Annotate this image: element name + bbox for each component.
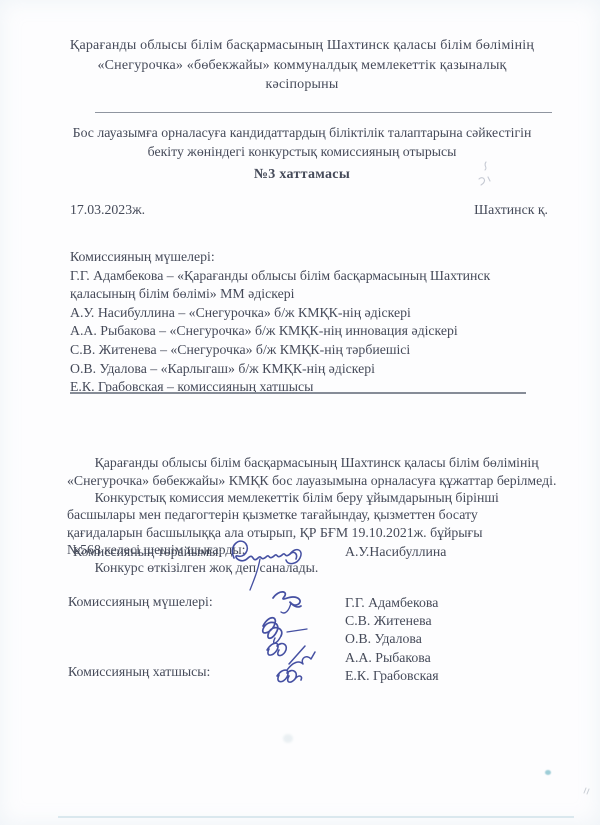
chair-name: А.У.Насибуллина (345, 544, 446, 560)
member-line: С.В. Житенева – «Снегурочка» б/ж КМҚК-ні… (70, 341, 556, 360)
resolution-line: «Снегурочка» бөбекжайы» КМҚК бос лауазым… (67, 472, 563, 489)
signature-name: А.А. Рыбакова (345, 649, 439, 667)
divider-line-top (95, 112, 552, 113)
secretary-signature-label: Комиссияның хатшысы: (68, 664, 210, 680)
ink-speck (545, 770, 551, 775)
members-signatures-ink-icon (243, 584, 348, 689)
signature-name: Е.К. Грабовская (345, 667, 439, 685)
document-date: 17.03.2023ж. (70, 202, 145, 218)
member-line: А.А. Рыбакова – «Снегурочка» б/ж КМҚК-ні… (70, 322, 556, 341)
organization-header-line: Қарағанды облысы білім басқармасының Шах… (66, 36, 538, 56)
scan-edge-line (58, 816, 574, 818)
protocol-title: №3 хаттамасы (66, 167, 538, 183)
document-city: Шахтинск қ. (474, 202, 548, 218)
member-line: О.В. Удалова – «Карлыгаш» б/ж КМҚК-нің ә… (70, 360, 556, 379)
organization-header-line: кәсіпорыны (66, 75, 538, 95)
chair-signature-label: Комиссияның төрайымы: (73, 544, 222, 560)
member-line: А.У. Насибуллина – «Снегурочка» б/ж КМҚК… (70, 304, 556, 323)
member-line: Е.К. Грабовская – комиссияның хатшысы (70, 378, 556, 397)
signature-name: Г.Г. Адамбекова (345, 594, 439, 612)
meeting-subtitle: Бос лауазымға орналасуға кандидаттардың … (66, 124, 538, 161)
scan-smudge (283, 734, 293, 743)
meeting-subtitle-line: бекіту жөніндегі конкурстық комиссияның … (66, 143, 538, 162)
member-line: Г.Г. Адамбекова – «Қарағанды облысы білі… (70, 267, 556, 286)
signature-names-column: Г.Г. АдамбековаС.В. ЖитеневаО.В. Удалова… (345, 594, 439, 685)
commission-members-section: Комиссияның мүшелері: Г.Г. Адамбекова – … (70, 248, 556, 397)
corner-pen-mark-icon (583, 786, 591, 795)
organization-header-line: «Снегурочка» «бөбекжайы» коммуналдық мем… (66, 56, 538, 76)
signature-name: С.В. Житенева (345, 612, 439, 630)
divider-line-middle (70, 392, 526, 394)
members-heading: Комиссияның мүшелері: (70, 248, 556, 267)
organization-header: Қарағанды облысы білім басқармасының Шах… (66, 36, 538, 95)
member-line: қаласының білім бөлімі» ММ әдіскері (70, 285, 556, 304)
members-signature-label: Комиссияның мүшелері: (68, 594, 213, 610)
resolution-line: Конкурстық комиссия мемлекеттік білім бе… (67, 489, 563, 506)
resolution-line: басшылары мен педагогтерін қызметке таға… (67, 506, 563, 523)
document-page: Қарағанды облысы білім басқармасының Шах… (0, 0, 600, 825)
date-city-row: 17.03.2023ж. Шахтинск қ. (70, 202, 548, 218)
resolution-line: Қарағанды облысы білім басқармасының Шах… (67, 454, 563, 471)
signature-name: О.В. Удалова (345, 630, 439, 648)
meeting-subtitle-line: Бос лауазымға орналасуға кандидаттардың … (66, 124, 538, 143)
members-list: Г.Г. Адамбекова – «Қарағанды облысы білі… (70, 267, 556, 397)
handwritten-mark-icon (473, 158, 495, 192)
